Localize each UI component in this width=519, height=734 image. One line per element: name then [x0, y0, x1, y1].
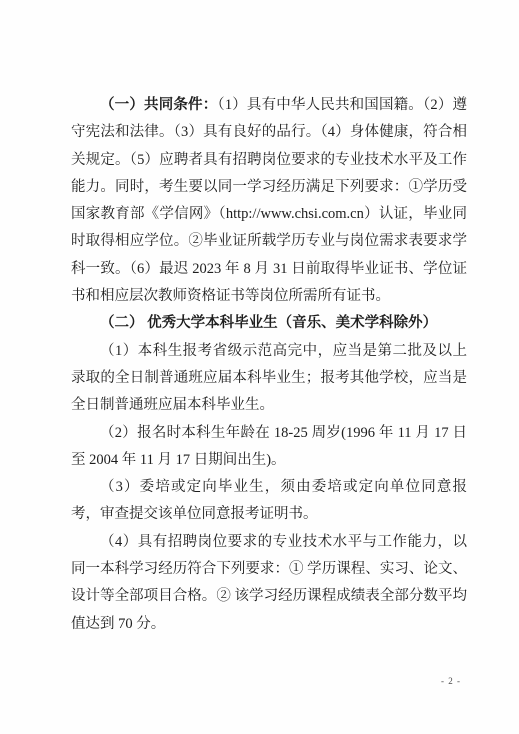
paragraph-item-3: （3）委培或定向毕业生，须由委培或定向单位同意报考，审查提交该单位同意报考证明书…	[71, 474, 467, 529]
paragraph-item-4: （4）具有招聘岗位要求的专业技术水平与工作能力，以同一本科学习经历符合下列要求：…	[71, 529, 467, 638]
paragraph-common-conditions: （一）共同条件：（1）具有中华人民共和国国籍。（2）遵守宪法和法律。（3）具有良…	[71, 92, 467, 310]
section-heading-1: （一）共同条件：	[100, 97, 217, 113]
section-1-body-text: （1）具有中华人民共和国国籍。（2）遵守宪法和法律。（3）具有良好的品行。（4）…	[71, 97, 467, 304]
paragraph-item-2: （2）报名时本科生年龄在 18-25 周岁(1996 年 11 月 17 日至 …	[71, 420, 467, 475]
document-page: （一）共同条件：（1）具有中华人民共和国国籍。（2）遵守宪法和法律。（3）具有良…	[0, 0, 519, 734]
paragraph-item-1: （1）本科生报考省级示范高完中，应当是第二批及以上录取的全日制普通班应届本科毕业…	[71, 338, 467, 420]
document-body: （一）共同条件：（1）具有中华人民共和国国籍。（2）遵守宪法和法律。（3）具有良…	[71, 92, 467, 638]
page-number: - 2 -	[441, 676, 461, 686]
section-heading-2: （二） 优秀大学本科毕业生（音乐、美术学科除外）	[71, 310, 467, 337]
